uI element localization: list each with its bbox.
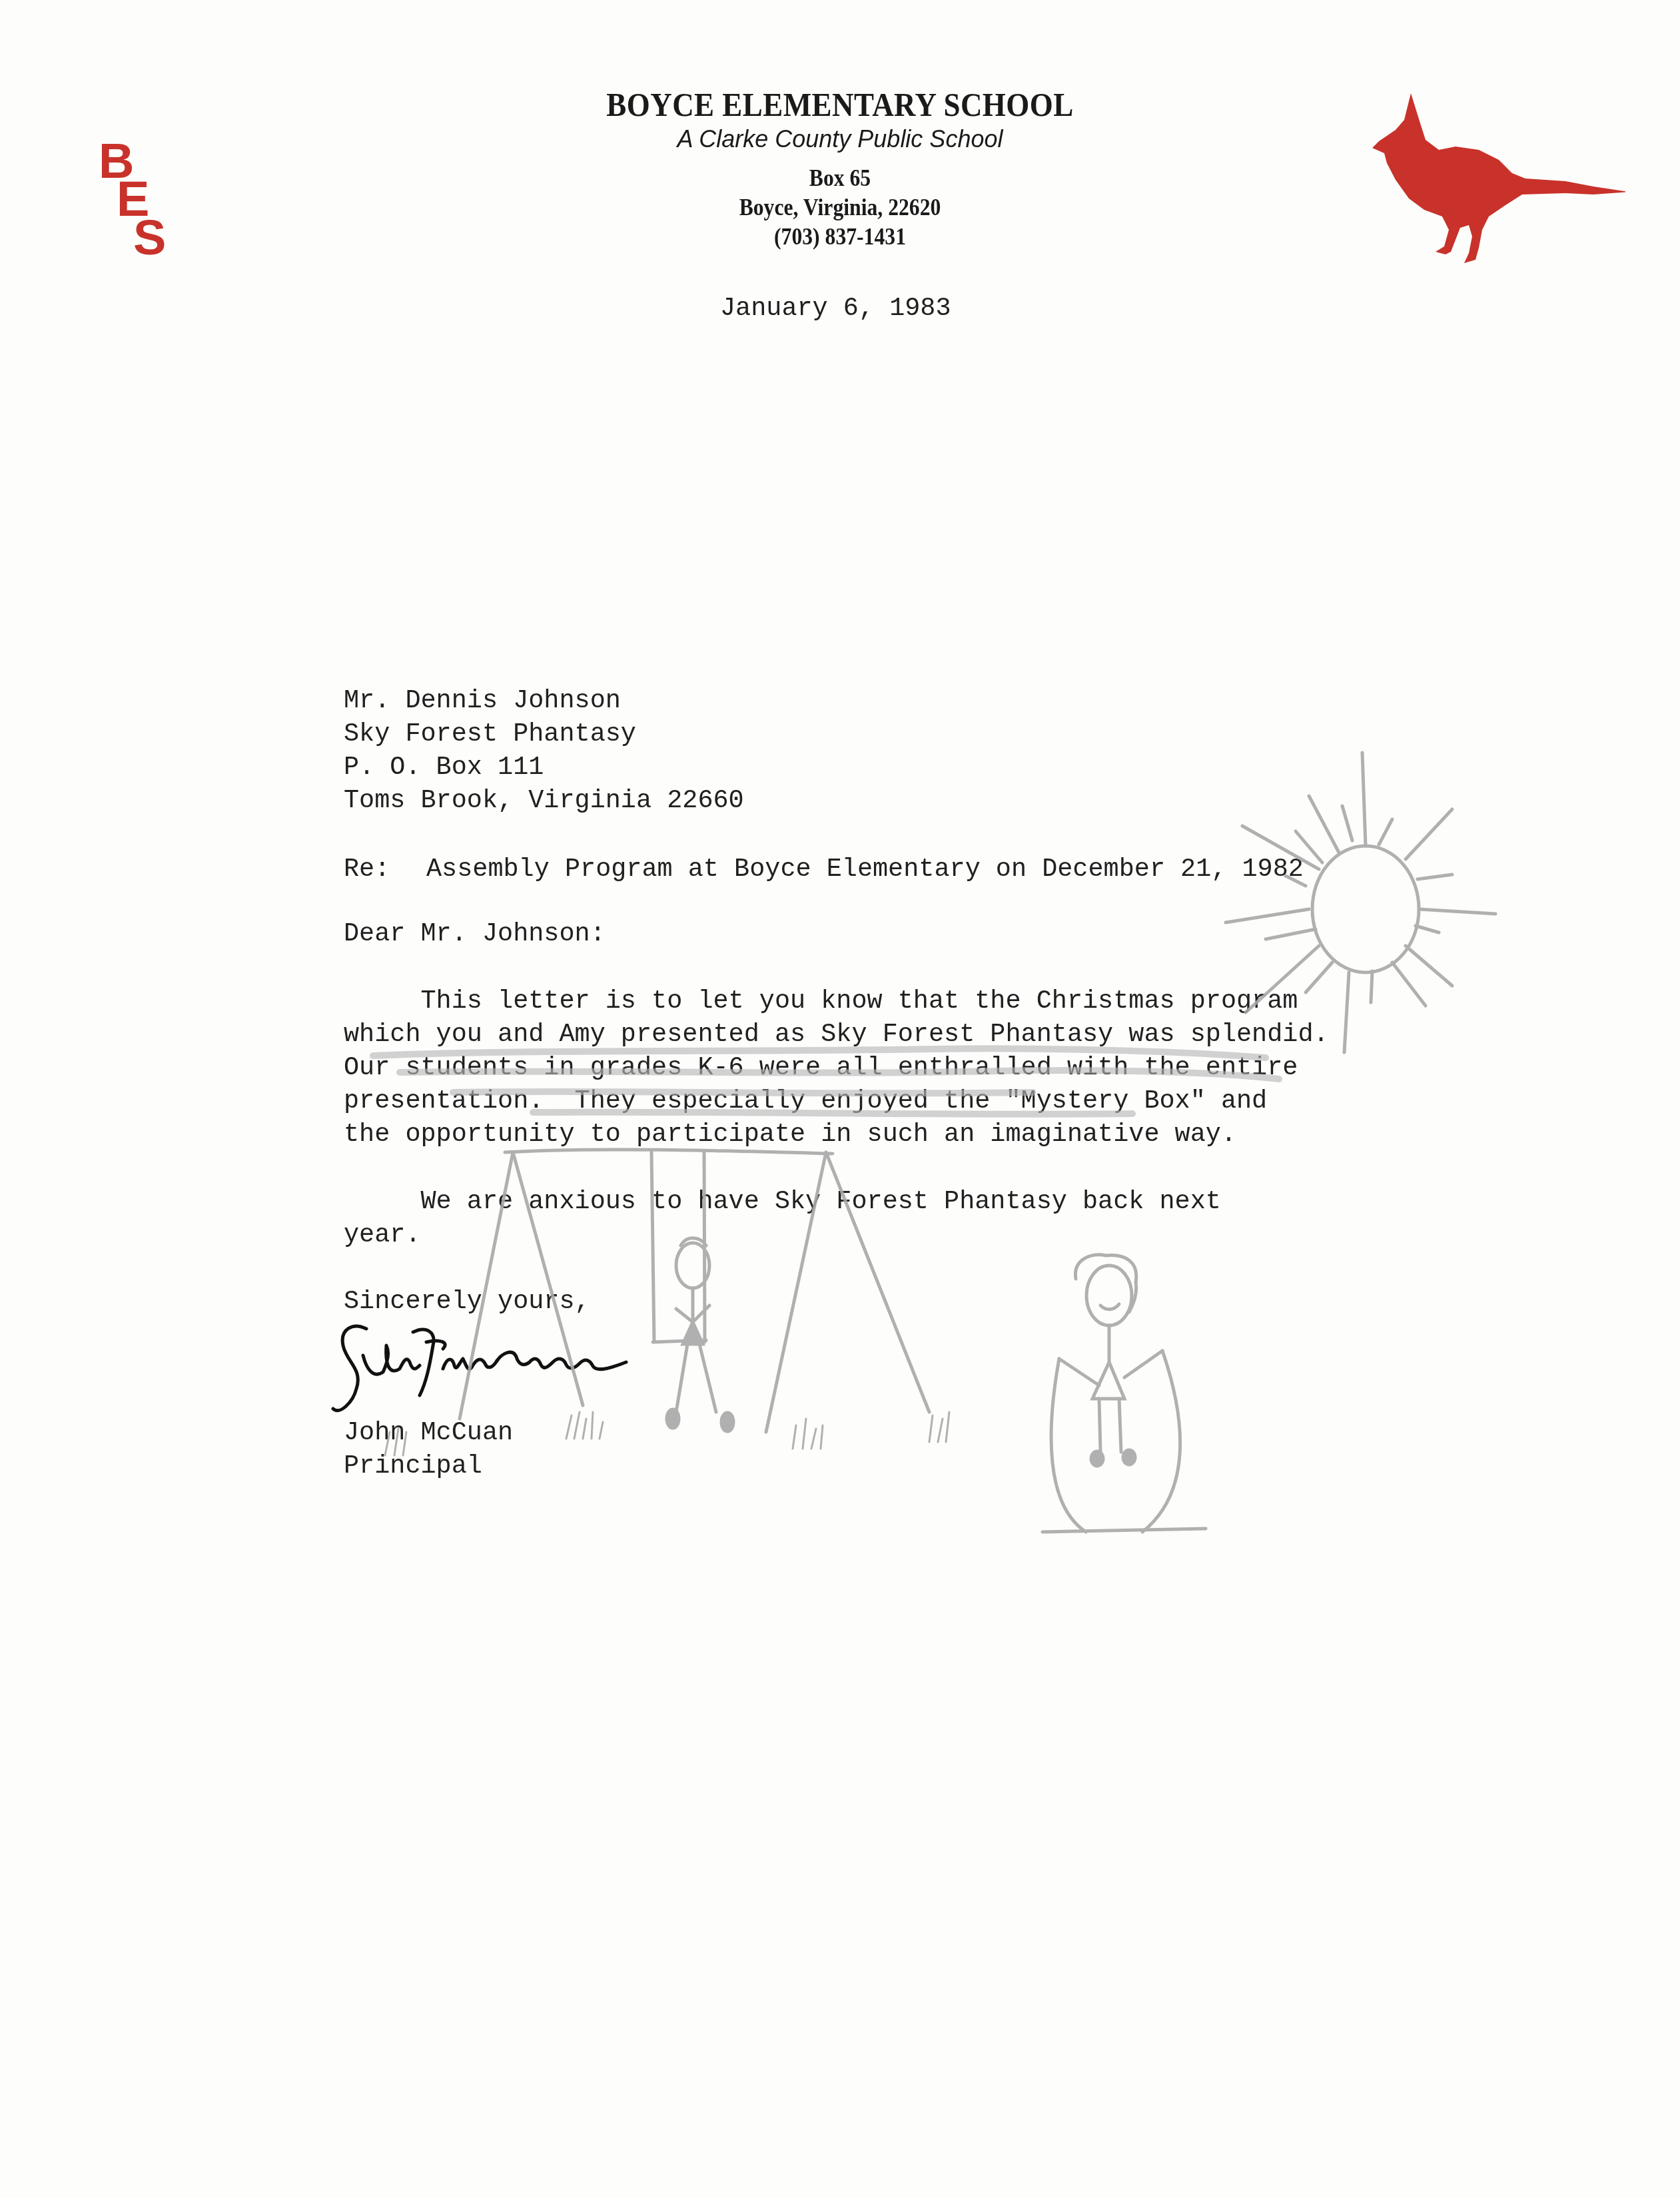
salutation: Dear Mr. Johnson: [344,917,606,950]
cardinal-bird-icon [1346,80,1625,273]
body-line: year. [344,1218,421,1252]
body-line: presentation. They especially enjoyed th… [344,1084,1267,1118]
signer-name: John McCuan [344,1416,513,1449]
body-line: We are anxious to have Sky Forest Phanta… [344,1185,1221,1218]
recipient-line: Mr. Dennis Johnson [344,684,621,717]
body-line: This letter is to let you know that the … [344,984,1298,1018]
child-on-swing-drawing [667,1238,733,1431]
recipient-line: Toms Brook, Virginia 22660 [344,784,744,817]
logo-letter-s: S [133,213,166,262]
body-line: the opportunity to participate in such a… [344,1118,1236,1151]
recipient-line: P. O. Box 111 [344,751,544,784]
re-label: Re: [344,853,390,886]
body-line: which you and Amy presented as Sky Fores… [344,1018,1329,1051]
letter-date: January 6, 1983 [720,292,951,325]
re-subject: Assembly Program at Boyce Elementary on … [426,853,1304,886]
body-line: Our students in grades K-6 were all enth… [344,1051,1298,1084]
recipient-line: Sky Forest Phantasy [344,717,636,751]
closing: Sincerely yours, [344,1285,590,1318]
handwritten-signature [326,1315,639,1422]
child-in-egg-drawing [1043,1255,1206,1532]
signer-title: Principal [344,1449,482,1483]
